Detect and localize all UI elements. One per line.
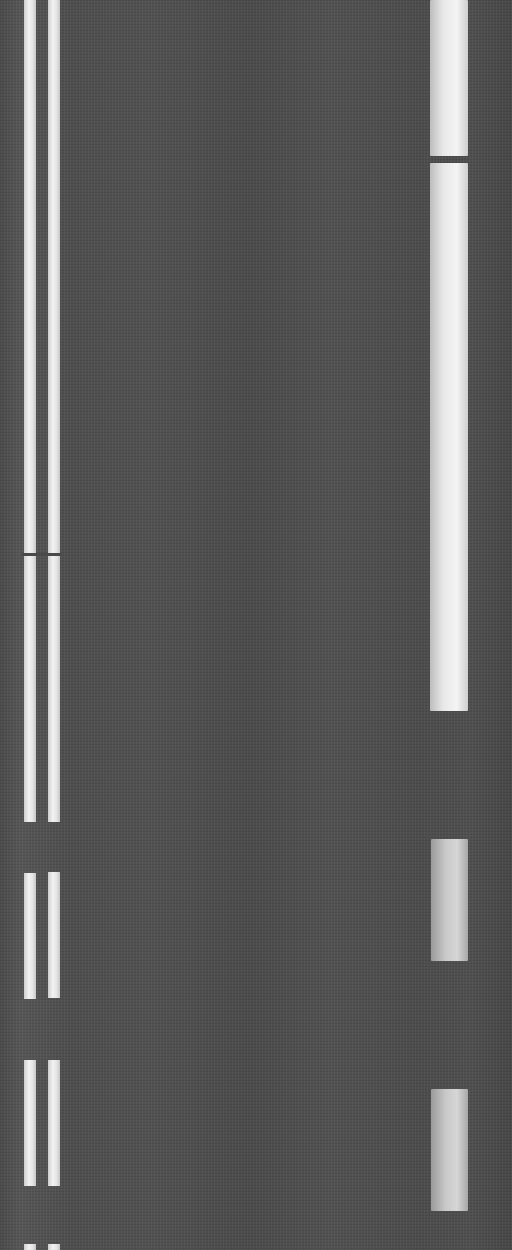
left-line-b-dash-2 (48, 1060, 60, 1186)
road-surface (0, 0, 512, 1250)
left-line-a-dash-1 (24, 873, 36, 999)
left-line-b-dash-1 (48, 872, 60, 998)
right-edge-dash-2 (431, 1089, 468, 1211)
left-line-a-dash-3 (24, 1244, 36, 1250)
right-edge-line-top (430, 0, 468, 156)
left-line-a-dash-2 (24, 1060, 36, 1186)
left-line-b-solid (48, 0, 60, 822)
right-edge-line-main (430, 163, 468, 711)
right-edge-dash-1 (431, 839, 468, 961)
left-line-a-solid (24, 0, 36, 822)
left-line-joint (22, 553, 62, 556)
left-line-b-dash-3 (48, 1244, 60, 1250)
